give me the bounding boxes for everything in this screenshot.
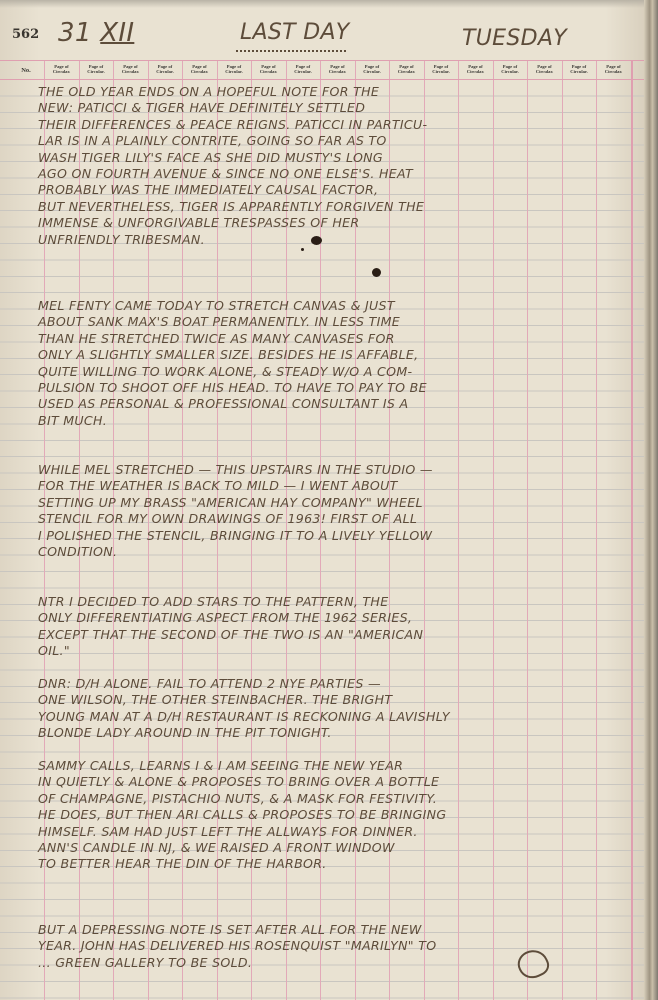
page-edge [644, 0, 658, 1000]
diary-paragraph-3: While Mel stretched — this upstairs in t… [38, 462, 618, 560]
header-page-of-circular: Page of Circular. [251, 61, 286, 79]
ink-blot [311, 236, 322, 245]
diary-paragraph-2: Mel Fenty came today to stretch canvas &… [38, 298, 618, 429]
date-month-roman: XII [100, 18, 134, 48]
header-page-of-circular: Page of Circular. [424, 61, 458, 79]
diary-paragraph-4: Ntr I decided to add stars to the patter… [38, 594, 618, 660]
column-rule [631, 60, 633, 1000]
page-number: 562 [12, 27, 39, 42]
weekday: Tuesday [462, 26, 567, 51]
header-page-of-circular: Page of Circular. [527, 61, 562, 79]
header-page-of-circular: Page of Circular. [320, 61, 355, 79]
header-no: No. [8, 61, 44, 79]
header-page-of-circular: Page of Circular. [113, 61, 148, 79]
entry-date: 31 XII [58, 18, 134, 48]
header-page-of-circular: Page of Circular. [217, 61, 251, 79]
header-page-of-circular: Page of Circular. [596, 61, 631, 79]
header-page-of-circular: Page of Circular. [44, 61, 79, 79]
diary-paragraph-6: Sammy calls, learns I & I am seeing the … [38, 758, 618, 873]
header-page-of-circular: Page of Circular. [389, 61, 424, 79]
header-page-of-circular: Page of Circular. [182, 61, 217, 79]
header-page-of-circular: Page of Circular. [79, 61, 113, 79]
diary-page: No. Page of Circular. Page of Circular. … [0, 0, 658, 1000]
diary-paragraph-1: The old year ends on a hopeful note for … [38, 84, 618, 248]
date-day: 31 [58, 18, 92, 48]
ledger-header-row: No. Page of Circular. Page of Circular. … [0, 60, 644, 80]
header-page-of-circular: Page of Circular. [148, 61, 182, 79]
title-underline [236, 46, 346, 52]
entry-title: Last Day [240, 20, 350, 45]
diary-paragraph-5: Dnr: D/H alone. Fail to attend 2 NYE par… [38, 676, 618, 742]
header-page-of-circular: Page of Circular. [355, 61, 389, 79]
header-page-of-circular: Page of Circular. [493, 61, 527, 79]
header-page-of-circular: Page of Circular. [286, 61, 320, 79]
ink-speck [301, 248, 304, 251]
scan-top-shadow [0, 0, 658, 8]
header-page-of-circular: Page of Circular. [458, 61, 493, 79]
ink-blot [372, 268, 381, 277]
header-page-of-circular: Page of Circular. [562, 61, 596, 79]
